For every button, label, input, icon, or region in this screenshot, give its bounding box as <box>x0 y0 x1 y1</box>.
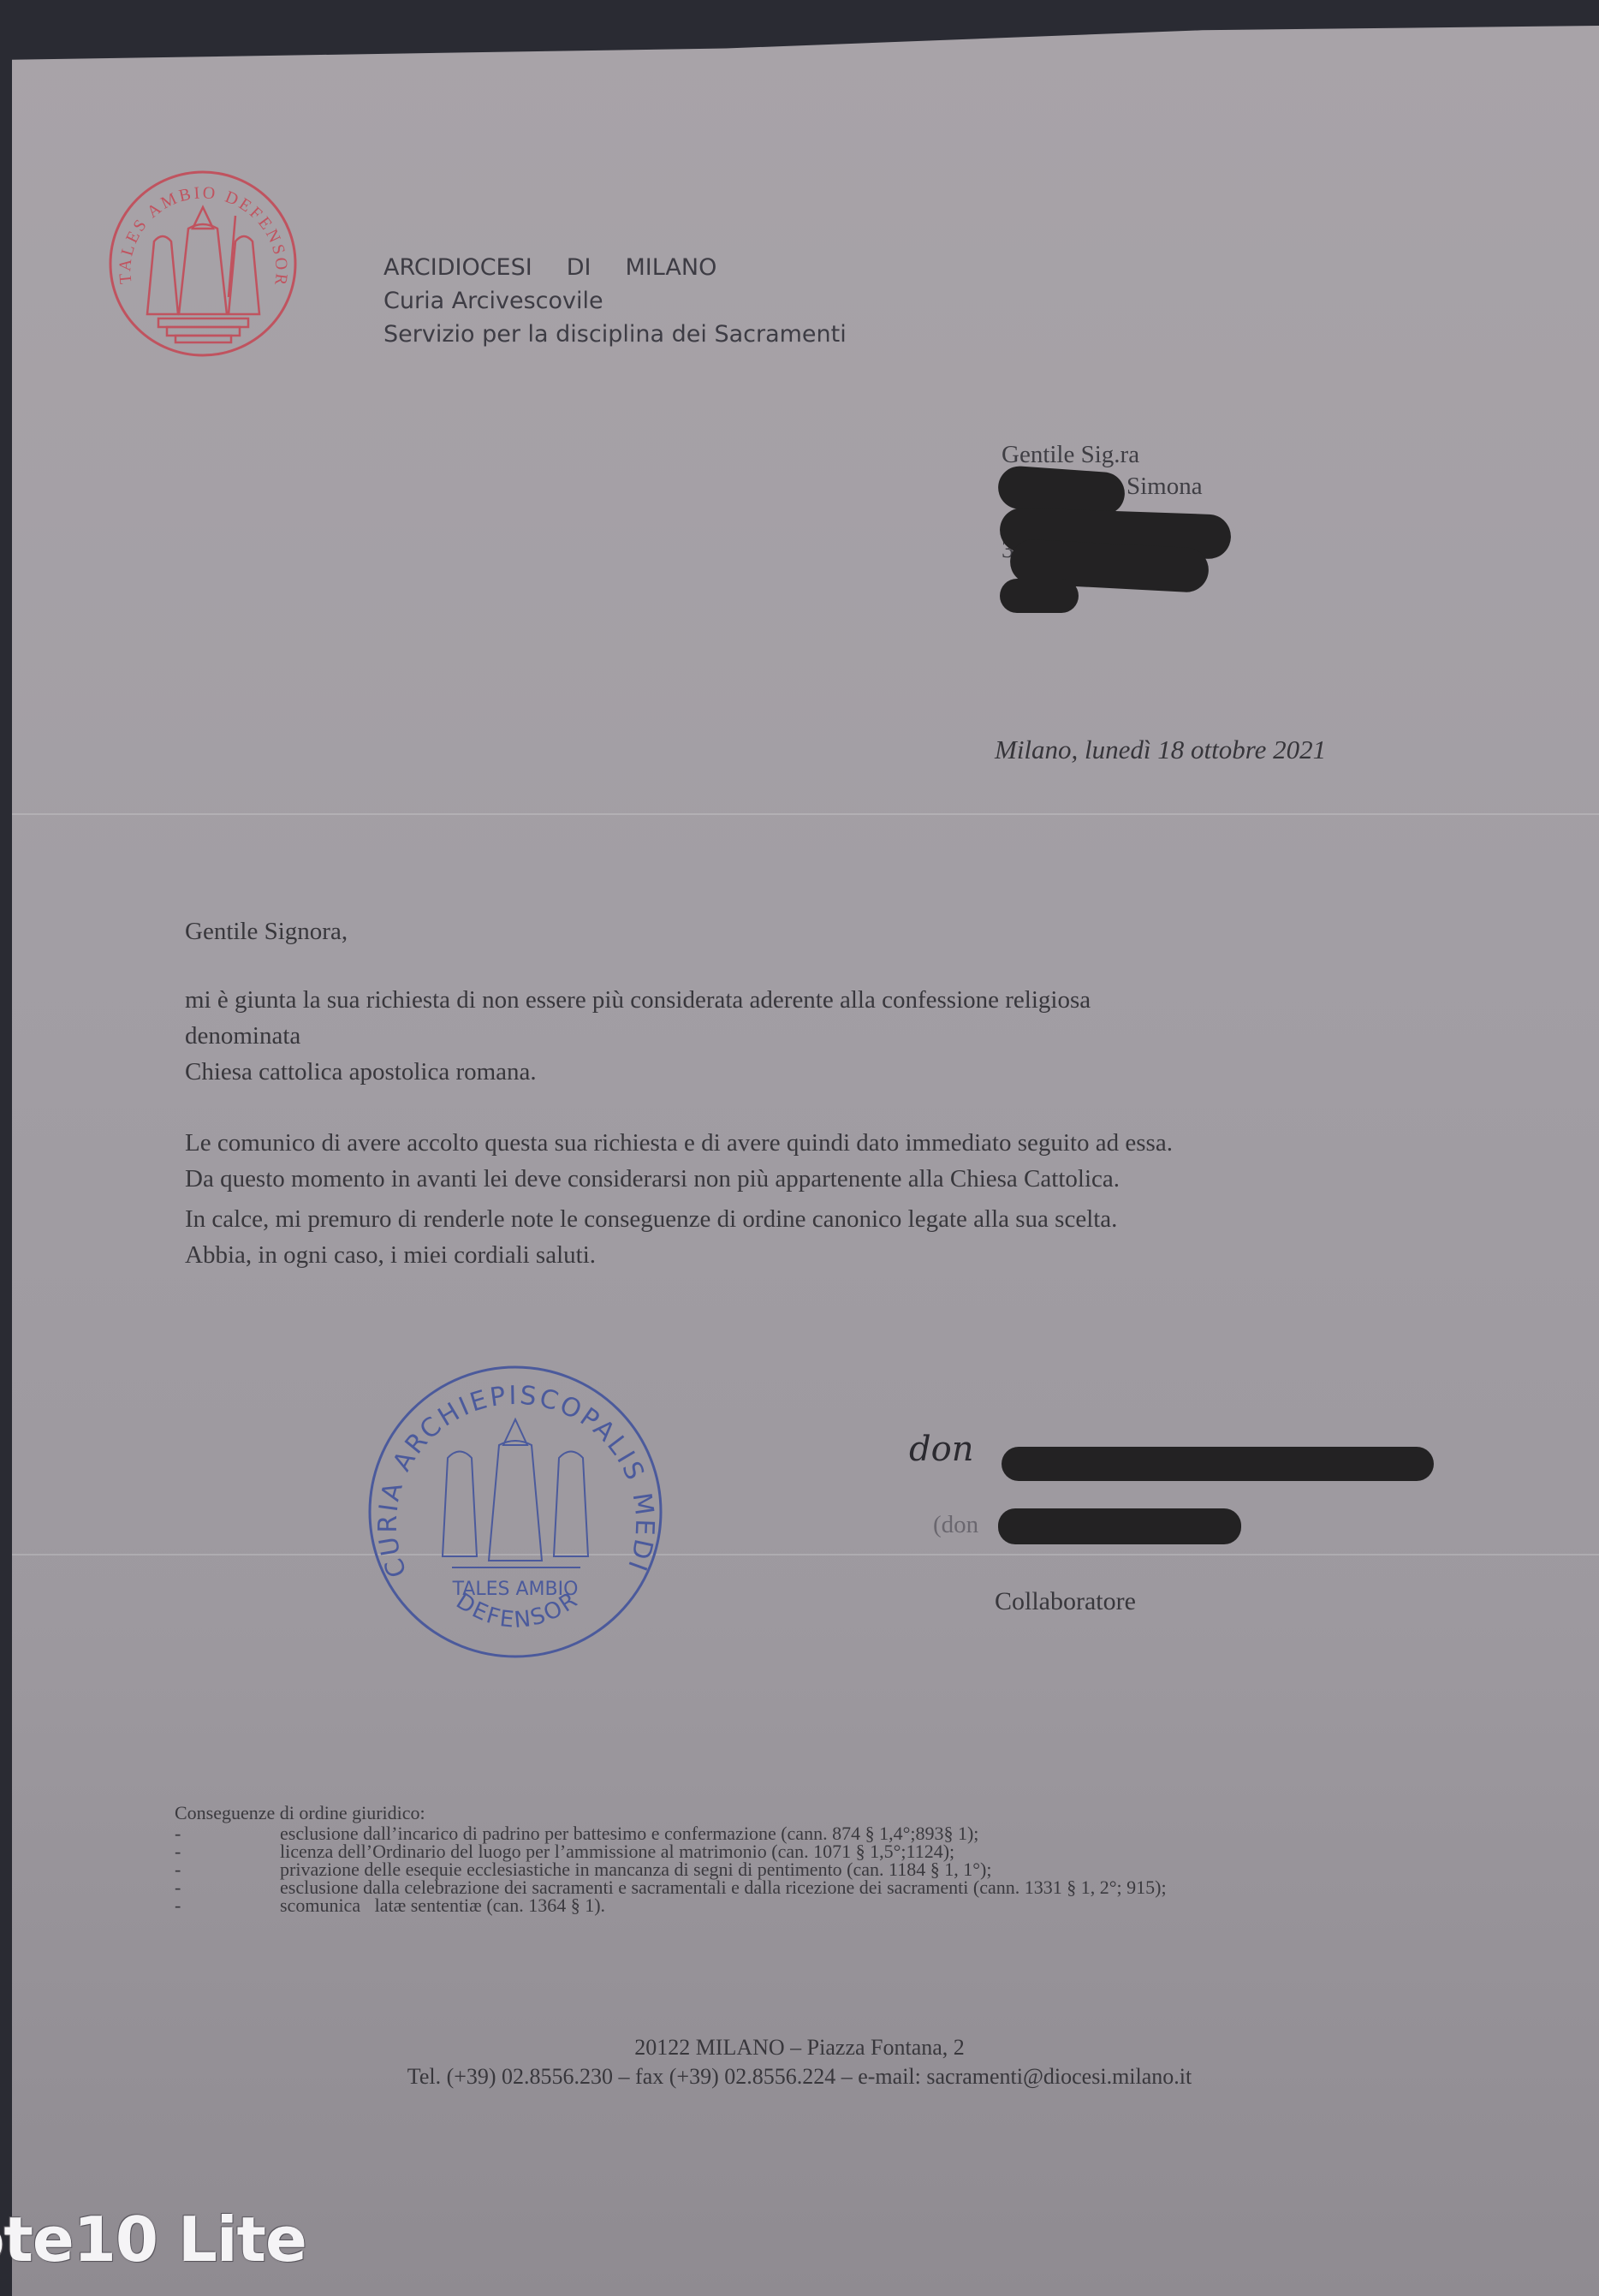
bullet: - <box>175 1896 280 1914</box>
letter-date: Milano, lunedì 18 ottobre 2021 <box>995 735 1326 765</box>
note-text: scomunica latæ sententiæ (can. 1364 § 1)… <box>280 1896 605 1914</box>
signature-handwritten: don <box>909 1430 973 1469</box>
body-line: denominata <box>185 1018 1426 1054</box>
redaction-mark <box>1000 579 1079 613</box>
body-line: In calce, mi premuro di renderle note le… <box>185 1201 1426 1237</box>
bullet: - <box>175 1860 280 1878</box>
note-text: esclusione dall’incarico di padrino per … <box>280 1824 978 1842</box>
note-item: -esclusione dall’incarico di padrino per… <box>175 1824 1167 1842</box>
note-item: -privazione delle esequie ecclesiastiche… <box>175 1860 1167 1878</box>
body-line: Le comunico di avere accolto questa sua … <box>185 1125 1426 1161</box>
legal-consequences: Conseguenze di ordine giuridico: -esclus… <box>175 1804 1167 1914</box>
curia-stamp-icon: CURIA ARCHIEPISCOPALIS MEDIOLANI TALES A… <box>366 1364 664 1660</box>
redaction-mark <box>1002 1447 1434 1481</box>
footer-contacts: Tel. (+39) 02.8556.230 – fax (+39) 02.85… <box>0 2062 1599 2091</box>
body-paragraph-1: mi è giunta la sua richiesta di non esse… <box>185 982 1426 1090</box>
bullet: - <box>175 1824 280 1842</box>
bullet: - <box>175 1878 280 1896</box>
notes-title: Conseguenze di ordine giuridico: <box>175 1804 1167 1822</box>
paper-fold-line <box>12 813 1599 815</box>
note-item: -licenza dell’Ordinario del luogo per l’… <box>175 1842 1167 1860</box>
bullet: - <box>175 1842 280 1860</box>
note-item: -esclusione dalla celebrazione dei sacra… <box>175 1878 1167 1896</box>
body-salutation: Gentile Signora, <box>185 913 1426 949</box>
paper-fold-line <box>12 1554 1599 1555</box>
note-text: esclusione dalla celebrazione dei sacram… <box>280 1878 1167 1896</box>
diocese-seal-icon: TALES AMBIO DEFENSORES <box>107 169 300 359</box>
body-line: Abbia, in ogni caso, i miei cordiali sal… <box>185 1237 1426 1273</box>
body-line: mi è giunta la sua richiesta di non esse… <box>185 982 1426 1018</box>
footer-address: 20122 MILANO – Piazza Fontana, 2 <box>0 2033 1599 2062</box>
letterhead-service: Servizio per la disciplina dei Sacrament… <box>383 318 847 351</box>
body-line: Da questo momento in avanti lei deve con… <box>185 1161 1426 1197</box>
letterhead-curia: Curia Arcivescovile <box>383 284 847 318</box>
letterhead-word: ARCIDIOCESI <box>383 254 532 281</box>
note-item: -scomunica latæ sententiæ (can. 1364 § 1… <box>175 1896 1167 1914</box>
body-paragraph-2: Le comunico di avere accolto questa sua … <box>185 1125 1426 1197</box>
note-text: privazione delle esequie ecclesiastiche … <box>280 1860 991 1878</box>
letterhead-word: MILANO <box>626 254 717 281</box>
recipient-salutation: Gentile Sig.ra <box>1002 439 1203 471</box>
body-paragraph-3: In calce, mi premuro di renderle note le… <box>185 1201 1426 1273</box>
signer-role: Collaboratore <box>995 1587 1136 1616</box>
note-text: licenza dell’Ordinario del luogo per l’a… <box>280 1842 954 1860</box>
camera-watermark: ote10 Lite <box>0 2204 306 2275</box>
svg-text:CURIA ARCHIEPISCOPALIS MEDIOLA: CURIA ARCHIEPISCOPALIS MEDIOLANI <box>366 1364 659 1581</box>
body-line: Chiesa cattolica apostolica romana. <box>185 1054 1426 1090</box>
letter-footer: 20122 MILANO – Piazza Fontana, 2 Tel. (+… <box>0 2033 1599 2091</box>
letterhead: ARCIDIOCESIDIMILANO Curia Arcivescovile … <box>383 251 847 351</box>
redaction-mark <box>998 1508 1241 1544</box>
signature-printed: (don <box>933 1511 978 1539</box>
letterhead-archdiocese: ARCIDIOCESIDIMILANO <box>383 251 847 284</box>
letterhead-word: DI <box>567 254 591 281</box>
